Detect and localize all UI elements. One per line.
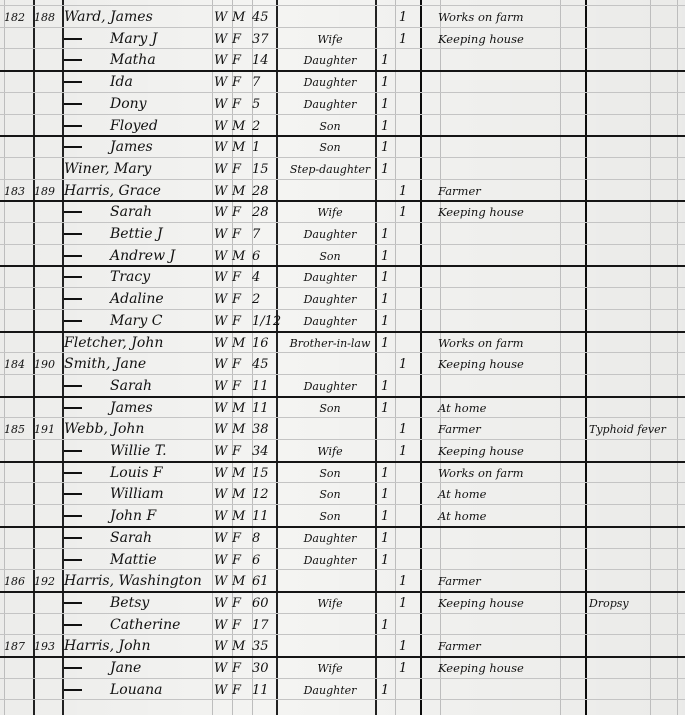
census-row: 185 191 Webb, John W M 38 1 Farmer Typho…: [0, 418, 685, 440]
single-mark: [378, 440, 392, 462]
single-mark: 1: [378, 527, 392, 549]
color-race: W: [214, 570, 232, 592]
married-mark: [396, 158, 410, 180]
family-number: 193: [34, 635, 62, 657]
ditto-dash: [64, 125, 82, 127]
person-name: Jane: [64, 657, 214, 679]
dwelling-number: [4, 310, 34, 332]
sex: F: [232, 223, 250, 245]
family-number: 191: [34, 418, 62, 440]
family-number: [34, 332, 62, 354]
ditto-dash: [64, 320, 82, 322]
relationship: Son: [284, 136, 376, 158]
relationship: Daughter: [284, 71, 376, 93]
dwelling-number: [4, 614, 34, 636]
color-race: W: [214, 310, 232, 332]
ditto-dash: [64, 667, 82, 669]
sickness: [589, 201, 685, 223]
relationship: Wife: [284, 592, 376, 614]
dwelling-number: 187: [4, 635, 34, 657]
person-name: Harris, John: [64, 635, 214, 657]
family-number: [34, 288, 62, 310]
sickness: [589, 245, 685, 267]
ditto-dash: [64, 689, 82, 691]
family-number: [34, 93, 62, 115]
occupation: Works on farm: [438, 462, 583, 484]
married-mark: [396, 462, 410, 484]
color-race: W: [214, 375, 232, 397]
married-mark: 1: [396, 201, 410, 223]
married-mark: [396, 483, 410, 505]
family-number: [34, 549, 62, 571]
sickness: [589, 310, 685, 332]
census-row: Sarah W F 28 Wife 1 Keeping house: [0, 201, 685, 223]
age: 34: [252, 440, 276, 462]
color-race: W: [214, 115, 232, 137]
ditto-dash: [64, 276, 82, 278]
color-race: W: [214, 527, 232, 549]
family-number: 188: [34, 6, 62, 28]
family-number: [34, 266, 62, 288]
person-name: Matha: [64, 49, 214, 71]
sex: M: [232, 245, 250, 267]
census-row: James W M 1 Son 1: [0, 136, 685, 158]
relationship: Son: [284, 397, 376, 419]
census-row: Sarah W F 11 Daughter 1: [0, 375, 685, 397]
family-number: [34, 136, 62, 158]
sickness: [589, 158, 685, 180]
single-mark: [378, 592, 392, 614]
sex: F: [232, 158, 250, 180]
dwelling-number: [4, 28, 34, 50]
single-mark: [378, 201, 392, 223]
person-name: Willie T.: [64, 440, 214, 462]
occupation: Keeping house: [438, 657, 583, 679]
census-row: 184 190 Smith, Jane W F 45 1 Keeping hou…: [0, 353, 685, 375]
family-number: [34, 310, 62, 332]
married-mark: 1: [396, 592, 410, 614]
occupation: Keeping house: [438, 592, 583, 614]
married-mark: 1: [396, 657, 410, 679]
ditto-dash: [64, 146, 82, 148]
relationship: Wife: [284, 201, 376, 223]
sex: M: [232, 180, 250, 202]
single-mark: 1: [378, 115, 392, 137]
sex: F: [232, 49, 250, 71]
married-mark: 1: [396, 28, 410, 50]
occupation: Keeping house: [438, 353, 583, 375]
sex: F: [232, 93, 250, 115]
relationship: Son: [284, 115, 376, 137]
family-number: [34, 657, 62, 679]
person-name: Louana: [64, 679, 214, 701]
occupation: [438, 679, 583, 701]
sickness: [589, 6, 685, 28]
sex: F: [232, 614, 250, 636]
occupation: [438, 245, 583, 267]
dwelling-number: [4, 332, 34, 354]
sickness: [589, 71, 685, 93]
married-mark: [396, 679, 410, 701]
relationship: Daughter: [284, 266, 376, 288]
married-mark: [396, 549, 410, 571]
sickness: [589, 657, 685, 679]
age: 61: [252, 570, 276, 592]
color-race: W: [214, 223, 232, 245]
married-mark: [396, 136, 410, 158]
occupation: Keeping house: [438, 201, 583, 223]
sex: F: [232, 266, 250, 288]
family-number: [34, 679, 62, 701]
dwelling-number: [4, 462, 34, 484]
occupation: [438, 93, 583, 115]
person-name: Mary J: [64, 28, 214, 50]
color-race: W: [214, 397, 232, 419]
census-row: 183 189 Harris, Grace W M 28 1 Farmer: [0, 180, 685, 202]
dwelling-number: 186: [4, 570, 34, 592]
dwelling-number: [4, 288, 34, 310]
sex: F: [232, 288, 250, 310]
sickness: [589, 28, 685, 50]
age: 37: [252, 28, 276, 50]
sickness: [589, 180, 685, 202]
single-mark: 1: [378, 223, 392, 245]
relationship: Son: [284, 505, 376, 527]
dwelling-number: [4, 679, 34, 701]
family-number: [34, 397, 62, 419]
relationship: [284, 6, 376, 28]
sex: M: [232, 635, 250, 657]
dwelling-number: [4, 266, 34, 288]
age: 14: [252, 49, 276, 71]
occupation: [438, 136, 583, 158]
census-row: Willie T. W F 34 Wife 1 Keeping house: [0, 440, 685, 462]
sex: M: [232, 418, 250, 440]
married-mark: [396, 310, 410, 332]
color-race: W: [214, 180, 232, 202]
person-name: Smith, Jane: [64, 353, 214, 375]
color-race: W: [214, 93, 232, 115]
family-number: [34, 158, 62, 180]
age: 28: [252, 201, 276, 223]
person-name: Winer, Mary: [64, 158, 214, 180]
sickness: Dropsy: [589, 592, 685, 614]
age: 60: [252, 592, 276, 614]
family-number: [34, 49, 62, 71]
sickness: [589, 136, 685, 158]
relationship: [284, 635, 376, 657]
family-number: [34, 614, 62, 636]
person-name: Harris, Grace: [64, 180, 214, 202]
relationship: Daughter: [284, 288, 376, 310]
occupation: [438, 288, 583, 310]
person-name: Betsy: [64, 592, 214, 614]
sickness: [589, 635, 685, 657]
age: 7: [252, 223, 276, 245]
sickness: [589, 115, 685, 137]
census-row: Jane W F 30 Wife 1 Keeping house: [0, 657, 685, 679]
sex: M: [232, 505, 250, 527]
person-name: Louis F: [64, 462, 214, 484]
sickness: [589, 527, 685, 549]
occupation: At home: [438, 505, 583, 527]
sickness: [589, 462, 685, 484]
person-name: Floyed: [64, 115, 214, 137]
color-race: W: [214, 614, 232, 636]
sickness: [589, 288, 685, 310]
age: 11: [252, 397, 276, 419]
ditto-dash: [64, 450, 82, 452]
family-number: 190: [34, 353, 62, 375]
relationship: [284, 614, 376, 636]
single-mark: 1: [378, 614, 392, 636]
color-race: W: [214, 49, 232, 71]
single-mark: [378, 570, 392, 592]
single-mark: [378, 418, 392, 440]
single-mark: 1: [378, 332, 392, 354]
census-row: Mary J W F 37 Wife 1 Keeping house: [0, 28, 685, 50]
relationship: [284, 180, 376, 202]
family-number: [34, 71, 62, 93]
married-mark: [396, 245, 410, 267]
age: 28: [252, 180, 276, 202]
sex: M: [232, 397, 250, 419]
color-race: W: [214, 288, 232, 310]
single-mark: [378, 635, 392, 657]
color-race: W: [214, 440, 232, 462]
relationship: Daughter: [284, 310, 376, 332]
sickness: [589, 679, 685, 701]
age: 1/12: [252, 310, 276, 332]
census-row: 187 193 Harris, John W M 35 1 Farmer: [0, 635, 685, 657]
ditto-dash: [64, 559, 82, 561]
ditto-dash: [64, 407, 82, 409]
married-mark: [396, 332, 410, 354]
occupation: [438, 158, 583, 180]
married-mark: [396, 223, 410, 245]
single-mark: [378, 657, 392, 679]
married-mark: [396, 397, 410, 419]
dwelling-number: [4, 440, 34, 462]
dwelling-number: [4, 223, 34, 245]
family-number: [34, 28, 62, 50]
census-row: Bettie J W F 7 Daughter 1: [0, 223, 685, 245]
sex: M: [232, 570, 250, 592]
color-race: W: [214, 483, 232, 505]
family-number: [34, 115, 62, 137]
ditto-dash: [64, 602, 82, 604]
ditto-dash: [64, 298, 82, 300]
census-row: Louana W F 11 Daughter 1: [0, 679, 685, 701]
person-name: Andrew J: [64, 245, 214, 267]
single-mark: 1: [378, 310, 392, 332]
census-row: Mattie W F 6 Daughter 1: [0, 549, 685, 571]
sex: M: [232, 462, 250, 484]
family-number: [34, 483, 62, 505]
sex: F: [232, 310, 250, 332]
married-mark: [396, 375, 410, 397]
occupation: [438, 614, 583, 636]
age: 2: [252, 115, 276, 137]
dwelling-number: [4, 136, 34, 158]
person-name: Fletcher, John: [64, 332, 214, 354]
ditto-dash: [64, 38, 82, 40]
age: 45: [252, 353, 276, 375]
person-name: Webb, John: [64, 418, 214, 440]
color-race: W: [214, 158, 232, 180]
age: 30: [252, 657, 276, 679]
occupation: Farmer: [438, 418, 583, 440]
census-row: Catherine W F 17 1: [0, 614, 685, 636]
dwelling-number: [4, 375, 34, 397]
married-mark: [396, 93, 410, 115]
dwelling-number: [4, 201, 34, 223]
married-mark: 1: [396, 635, 410, 657]
single-mark: [378, 180, 392, 202]
sickness: [589, 397, 685, 419]
single-mark: 1: [378, 49, 392, 71]
occupation: Works on farm: [438, 332, 583, 354]
color-race: W: [214, 505, 232, 527]
married-mark: [396, 115, 410, 137]
age: 35: [252, 635, 276, 657]
married-mark: [396, 614, 410, 636]
occupation: Farmer: [438, 570, 583, 592]
color-race: W: [214, 549, 232, 571]
dwelling-number: [4, 527, 34, 549]
family-number: [34, 245, 62, 267]
occupation: Works on farm: [438, 6, 583, 28]
single-mark: 1: [378, 397, 392, 419]
ditto-dash: [64, 493, 82, 495]
age: 11: [252, 679, 276, 701]
person-name: James: [64, 397, 214, 419]
family-number: [34, 375, 62, 397]
occupation: [438, 266, 583, 288]
color-race: W: [214, 201, 232, 223]
single-mark: [378, 28, 392, 50]
sickness: [589, 505, 685, 527]
sex: F: [232, 28, 250, 50]
sex: F: [232, 679, 250, 701]
person-name: Sarah: [64, 375, 214, 397]
person-name: James: [64, 136, 214, 158]
ditto-dash: [64, 385, 82, 387]
age: 2: [252, 288, 276, 310]
single-mark: 1: [378, 679, 392, 701]
single-mark: 1: [378, 136, 392, 158]
person-name: John F: [64, 505, 214, 527]
married-mark: 1: [396, 353, 410, 375]
occupation: [438, 375, 583, 397]
relationship: Wife: [284, 28, 376, 50]
age: 6: [252, 549, 276, 571]
color-race: W: [214, 679, 232, 701]
relationship: Daughter: [284, 49, 376, 71]
color-race: W: [214, 28, 232, 50]
relationship: Wife: [284, 657, 376, 679]
age: 38: [252, 418, 276, 440]
census-row: Sarah W F 8 Daughter 1: [0, 527, 685, 549]
color-race: W: [214, 592, 232, 614]
dwelling-number: 182: [4, 6, 34, 28]
occupation: [438, 49, 583, 71]
single-mark: 1: [378, 549, 392, 571]
person-name: Dony: [64, 93, 214, 115]
color-race: W: [214, 353, 232, 375]
relationship: [284, 570, 376, 592]
relationship: Daughter: [284, 549, 376, 571]
sickness: [589, 440, 685, 462]
dwelling-number: [4, 245, 34, 267]
married-mark: 1: [396, 440, 410, 462]
dwelling-number: [4, 592, 34, 614]
sickness: [589, 483, 685, 505]
occupation: [438, 549, 583, 571]
sex: F: [232, 657, 250, 679]
occupation: Farmer: [438, 635, 583, 657]
family-number: [34, 440, 62, 462]
relationship: Son: [284, 245, 376, 267]
relationship: Step-daughter: [284, 158, 376, 180]
color-race: W: [214, 136, 232, 158]
color-race: W: [214, 245, 232, 267]
sickness: [589, 93, 685, 115]
sex: F: [232, 353, 250, 375]
person-name: Bettie J: [64, 223, 214, 245]
dwelling-number: [4, 483, 34, 505]
relationship: Daughter: [284, 223, 376, 245]
person-name: William: [64, 483, 214, 505]
age: 15: [252, 462, 276, 484]
census-row: 182 188 Ward, James W M 45 1 Works on fa…: [0, 6, 685, 28]
married-mark: [396, 527, 410, 549]
census-row: Ida W F 7 Daughter 1: [0, 71, 685, 93]
single-mark: 1: [378, 71, 392, 93]
occupation: [438, 310, 583, 332]
sex: F: [232, 71, 250, 93]
occupation: [438, 71, 583, 93]
census-row: Betsy W F 60 Wife 1 Keeping house Dropsy: [0, 592, 685, 614]
family-number: [34, 201, 62, 223]
dwelling-number: [4, 71, 34, 93]
ditto-dash: [64, 255, 82, 257]
married-mark: 1: [396, 570, 410, 592]
census-row: William W M 12 Son 1 At home: [0, 483, 685, 505]
sex: M: [232, 332, 250, 354]
married-mark: [396, 288, 410, 310]
relationship: Son: [284, 483, 376, 505]
person-name: Harris, Washington: [64, 570, 214, 592]
family-number: 192: [34, 570, 62, 592]
married-mark: [396, 266, 410, 288]
ditto-dash: [64, 81, 82, 83]
census-row: Fletcher, John W M 16 Brother-in-law 1 W…: [0, 332, 685, 354]
family-number: [34, 505, 62, 527]
sex: M: [232, 136, 250, 158]
age: 11: [252, 375, 276, 397]
ditto-dash: [64, 103, 82, 105]
single-mark: 1: [378, 483, 392, 505]
person-name: Adaline: [64, 288, 214, 310]
person-name: Sarah: [64, 201, 214, 223]
sex: F: [232, 375, 250, 397]
age: 15: [252, 158, 276, 180]
relationship: Son: [284, 462, 376, 484]
sickness: [589, 570, 685, 592]
married-mark: [396, 49, 410, 71]
dwelling-number: [4, 549, 34, 571]
